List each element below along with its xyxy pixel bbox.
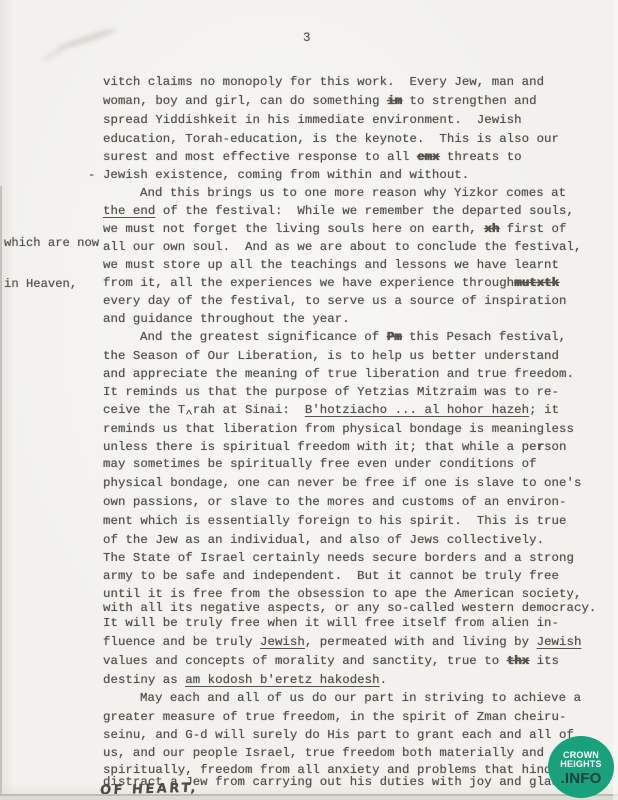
- text-line: spread Yiddishkeit in his immediate envi…: [103, 113, 522, 128]
- text-line: and appreciate the meaning of true liber…: [103, 367, 574, 382]
- text-line: us, and our people Israel, true freedom …: [103, 746, 544, 761]
- text-line: greater measure of true freedom, in the …: [103, 710, 567, 725]
- logo-text-info: .INFO: [561, 771, 602, 786]
- text-line: and guidance throughout the year.: [103, 312, 350, 327]
- crownheights-info-logo: CROWN HEIGHTS .INFO: [548, 736, 614, 798]
- text-line: And this brings us to one more reason wh…: [140, 186, 566, 201]
- margin-note-line: in Heaven,: [4, 278, 99, 292]
- margin-note: which are now in Heaven,: [4, 210, 99, 318]
- text-line: from it, all the experiences we have exp…: [103, 276, 559, 291]
- text-line: ment which is essentially foreign to his…: [103, 514, 567, 529]
- text-line: fluence and be truly Jewish, permeated w…: [103, 635, 581, 650]
- text-line: And the greatest significance of Pm this…: [140, 330, 566, 345]
- text-line: all our own soul. And as we are about to…: [103, 240, 581, 255]
- logo-text-heights: HEIGHTS: [560, 760, 601, 770]
- scan-smudge: [40, 46, 65, 63]
- text-line: destiny as am kodosh b'eretz hakodesh.: [103, 673, 387, 688]
- page-number: 3: [303, 31, 311, 45]
- text-line: vitch claims no monopoly for this work. …: [103, 75, 544, 90]
- text-line: with all its negative aspects, or any so…: [103, 601, 596, 616]
- text-line: The State of Israel certainly needs secu…: [103, 551, 574, 566]
- text-line: army to be safe and independent. But it …: [103, 569, 559, 584]
- text-line: until it is free from the obsession to a…: [103, 587, 581, 602]
- text-line: reminds us that liberation from physical…: [103, 422, 574, 437]
- text-line: - Jewish existence, coming from within a…: [88, 168, 469, 183]
- text-line: physical bondage, one can never be free …: [103, 476, 581, 491]
- scan-smudge: [57, 27, 118, 52]
- text-line: we must store up all the teachings and l…: [103, 258, 559, 273]
- text-line: the end of the festival: While we rememb…: [103, 204, 574, 219]
- text-line: every day of the festival, to serve us a…: [103, 294, 567, 309]
- text-line: the Season of Our Liberation, is to help…: [103, 349, 559, 364]
- scan-edge-right: [613, 0, 618, 800]
- text-line: may sometimes be spiritually free even u…: [103, 457, 537, 472]
- text-line: seinu, and G-d will surely do His part t…: [103, 728, 574, 743]
- text-line: of the Jew as an individual, and also of…: [103, 533, 544, 548]
- scanned-document-page: 3 which are now in Heaven, vitch claims …: [0, 0, 618, 800]
- text-line: It reminds us that the purpose of Yetzia…: [103, 385, 559, 400]
- text-line: May each and all of us do our part in st…: [140, 691, 581, 706]
- text-line: education, Torah-education, is the keyno…: [103, 132, 559, 147]
- text-line: we must not forget the living souls here…: [103, 222, 567, 237]
- text-line: own passions, or slave to the mores and …: [103, 495, 567, 510]
- text-line: woman, boy and girl, can do something im…: [103, 94, 537, 109]
- margin-note-line: which are now: [4, 237, 99, 251]
- scan-edge-bottom-fill: [0, 796, 618, 800]
- text-line: ceive the T^rah at Sinai: B'hotziacho ..…: [103, 403, 559, 418]
- text-line: It will be truly free when it will free …: [103, 616, 559, 631]
- scan-edge-left: [0, 186, 2, 800]
- text-line: surest and most effective response to al…: [103, 150, 522, 165]
- text-line: values and concepts of morality and sanc…: [103, 654, 559, 669]
- text-line: unless there is spiritual freedom with i…: [103, 440, 567, 455]
